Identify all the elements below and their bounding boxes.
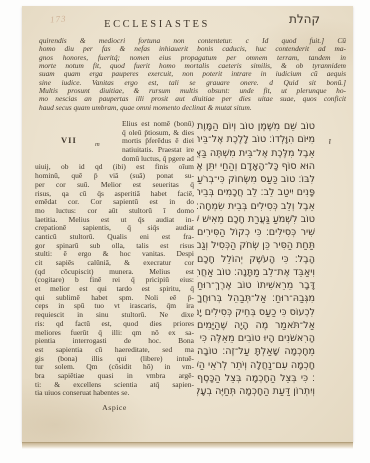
hebrew-line: לִבּוֹ׃ טוֹב כַּעַס מִשְּׂחוֹק כִּי־בְרֹ… [197,173,315,186]
hebrew-line: חָכְמָה עִם־נַחֲלָה וְיֹתֵר לְרֹאֵי הַשָ… [197,359,315,372]
latin-line: Elius est nomē (bonū) [122,120,194,129]
page-bottom-edge [22,442,353,449]
hebrew-line: ׃ כִּי בְּצֵל הַחָכְמָה בְּצֵל הַכָּסֶף [197,372,315,385]
latin-line: laetitia. Melius est ut q̄s audiat in- [35,216,194,225]
latin-line: mortis p̄ferēdus ē diei [122,137,194,146]
latin-line: gis (bona) illis qui (libere) intuē- [35,355,194,364]
commentary-line: Multis prosunt diuitiae, & rursum multis… [39,87,346,95]
hebrew-line: וְיִתְרוֹן דַּעַת הַחָכְמָה תְּחַיֶּה בְ… [197,385,315,398]
latin-line: gor spinarū sub olla, talis est risus [35,242,194,251]
hebrew-line: שִׁיר כְּסִילִים׃ כִּי כְקוֹל הַסִּירִים [197,226,315,239]
commentary-line: morte notum fit, quod fuerit homo mortal… [39,62,346,70]
hebrew-line: הוּא סוֹף כָּל־הָאָדָם וְהַחַי יִתֵּן אֶ… [197,160,315,173]
hebrew-line: הָרִאשֹׁנִים הָיוּ טוֹבִים מֵאֵלֶּה כִּי… [197,332,315,345]
commentary-line: mo nescias an paupertas illi prosit aut … [39,95,346,103]
latin-line: pientia interrogasti de hoc. Bona [35,337,194,346]
latin-line: est sapientia cū haereditate, sed ma [35,346,194,355]
running-title-latin: ECCLESIASTES [82,19,232,30]
latin-line: emēdat cor. Cor sapientū est in do [35,198,194,207]
latin-line: q̄ oleū p̄tiosum, & dies [122,129,194,138]
chapter-number: VII [61,136,77,145]
latin-line: hominū, quē p̄ viā (suā) ponat su- [35,172,194,181]
latin-line: crepationē sapientis, q̄ siq̄s audiat [35,224,194,233]
latin-line: stulti: ē ergo & hoc vanitas. Despi [35,250,194,259]
chapter-heading-area: VII m [35,120,122,155]
latin-line: natiuitatis. Praestat ire [122,146,194,155]
hebrew-line: הָבֶל׃ כִּי הָעֹשֶׁק יְהוֹלֵל חָכָם [197,253,315,266]
hebrew-line: טוֹב לִשְׁמֹעַ גַּעֲרַת חָכָם מֵאִישׁ שֹ… [197,213,315,226]
drop-cap-guide-letter: m [95,141,100,150]
hebrew-line: אֵבֶל וְלֵב כְּסִילִים בְּבֵית שִׂמְחָה׃ [197,200,315,213]
latin-text-column: VII m Elius est nomē (bonū)q̄ oleū p̄tio… [35,120,194,398]
hebrew-line: מִיּוֹם הִוָּלְדוֹ׃ טוֹב לָלֶכֶת אֶל־בֵּ… [197,133,315,146]
hebrew-line: אֵבֶל מִלֶּכֶת אֶל־בֵּית מִשְׁתֶּה בַּאֲ… [197,147,315,160]
latin-line: tia uiuos conseruat habentes se. [35,389,194,398]
commentary-line: quirendis & mediocri fortuna non content… [39,37,346,45]
latin-line: canticū stultorū. Qualis eni est fra- [35,233,194,242]
catchword: Aspice [35,403,194,412]
commentary-intro-paragraph: quirendis & mediocri fortuna non content… [39,37,346,112]
hebrew-line: דָּבָר מֵרֵאשִׁיתוֹ טוֹב אֶרֶךְ־רוּחַ [197,279,315,292]
latin-line: risus, qa cū q̄s asperitiā habet faciē, [35,190,194,199]
latin-line: tur solem. Qm (cōsidit hō) in vm- [35,363,194,372]
latin-line: bra sapiētiae quasi in vmbra argē- [35,372,194,381]
hebrew-line: אַל־תֹּאמַר מֶה הָיָה שֶׁהַיָּמִים [197,319,315,332]
commentary-line: suam quam erga pauperes exercuit, non po… [39,70,346,78]
hebrew-line: מֵחָכְמָה שָׁאַלְתָּ עַל־זֶה׃ טוֹבָה [197,345,315,358]
latin-line: per cor suū. Melior est seueritas q̄ [35,181,194,190]
hebrew-line: תַּחַת הַסִּיר כֵּן שְׂחֹק הַכְּסִיל וְג… [197,239,315,252]
latin-line: requiescit in sinu stultorū. Ne dixe [35,311,194,320]
latin-line: ti: & excellens scientia atq̄ sapien- [35,381,194,390]
latin-line: qui sublimē habet spm. Noli eē p̄- [35,294,194,303]
hebrew-line: מִגְּבַהּ־רוּחַ׃ אַל־תְּבַהֵל בְּרוּחֲךָ [197,292,315,305]
commentary-line: sine iudice. Vanitas ergo est, tali se g… [39,79,346,87]
latin-line: ceps in spū tuo vt irascaris, q̄m ira [35,302,194,311]
commentary-line: homo diu per fas & nefas inhiauerit boni… [39,45,346,53]
hebrew-line: טוֹב שֵׁם מִשֶּׁמֶן טוֹב וְיוֹם הַמָּוֶת [197,120,315,133]
hebrew-line: לִכְעוֹס כִּי כַעַס בְּחֵיק כְּסִילִים י… [197,306,315,319]
book-page-scan: 173 ECCLESIASTES קהלת quirendis & medioc… [22,6,353,442]
hebrew-line: וִיאַבֵּד אֶת־לֵב מַתָּנָה׃ טוֹב אַחֲרִי… [197,266,315,279]
latin-line: et melior est qui tardo est spiritu, q̄ [35,285,194,294]
hebrew-line: פָּנִים יִיטַב לֵב׃ לֵב חֲכָמִים בְּבֵית [197,186,315,199]
latin-line: mo luctus: cor aūt stultorū ī domo [35,207,194,216]
commentary-line: gnos honores, fueritq́; nomen eius propa… [39,54,346,62]
latin-line: uiuij, ob id qd (ibi) est finis oīum [35,163,194,172]
latin-line: meliores fuerūt q̄ illi: qm nō ex sa- [35,329,194,338]
latin-line: domū luctus, q̄ pgere ad domū cō- [122,155,194,164]
latin-line: ris: qd factū est, quod dies priores [35,320,194,329]
hebrew-text-column: טוֹב שֵׁם מִשֶּׁמֶן טוֹב וְיוֹם הַמָּוֶת… [197,120,315,398]
latin-line: (qd cōcupiscit) munera. Melius est [35,268,194,277]
commentary-line: haud secus quam umbram, quae omni moment… [39,104,346,112]
latin-line: (cogitare) b finē rei q̄ pricipiū eius: [35,276,194,285]
running-title-hebrew: קהלת [277,12,332,26]
hebrew-chapter-marker: ז [323,137,337,146]
latin-line: cit sapiēs calūniā, & execratur cor [35,259,194,268]
